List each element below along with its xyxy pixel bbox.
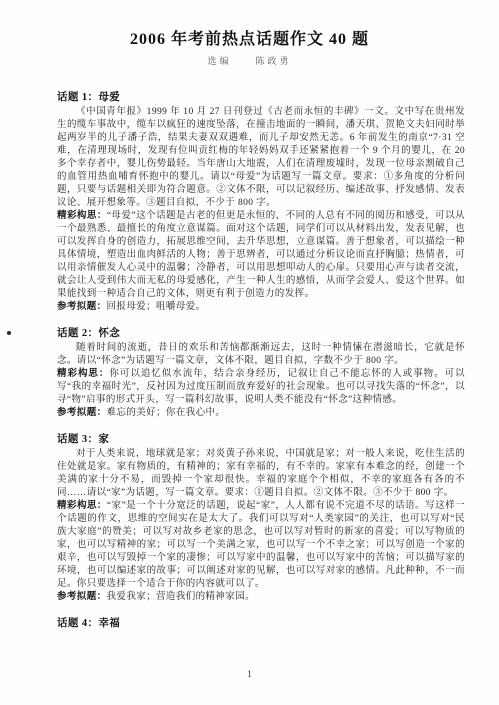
margin-dot-artifact <box>7 331 11 335</box>
topic-ref: 参考拟题：我爱我家；营造我们的精神家园。 <box>57 591 465 604</box>
document-body: 话题 1：母爱 《中国青年报》1999 年 10 月 27 日刊登过《古老而永恒… <box>57 91 465 630</box>
topic-section-4: 话题 4：幸福 <box>57 617 465 630</box>
topic-section-3: 话题 3：家 对于人类来说，地球就是家；对炎黄子孙来说，中国就是家；对一般人来说… <box>57 433 465 604</box>
topic-section-1: 话题 1：母爱 《中国青年报》1999 年 10 月 27 日刊登过《古老而永恒… <box>57 91 465 314</box>
page-title: 2006 年考前热点话题作文 40 题 <box>20 26 479 49</box>
topic-section-2: 话题 2：怀念 随着时间的流逝，昔日的欢乐和苦恼都渐渐远去，这时一种情愫在潜滋暗… <box>57 327 465 420</box>
ref-text: 我爱我家；营造我们的精神家园。 <box>107 592 256 602</box>
ref-label: 参考拟题： <box>57 408 107 418</box>
topic-intro: 随着时间的流逝，昔日的欢乐和苦恼都渐渐远去，这时一种情愫在潜滋暗长，它就是怀念。… <box>57 342 465 368</box>
ref-label: 参考拟题： <box>57 592 107 602</box>
sketch-text: 你可以追忆似水流年，结合亲身经历，记叙让自己不能忘怀的人或事物。可以写“我的幸福… <box>57 369 465 405</box>
ref-text: 难忘的美好；你在我心中。 <box>107 408 226 418</box>
sketch-text: “母爱”这个话题是古老的但更是永恒的，不同的人总有不同的阅历和感受，可以从一个最… <box>57 211 465 299</box>
topic-ref: 参考拟题：回报母爱；咀嚼母爱。 <box>57 301 465 314</box>
topic-heading: 话题 1：母爱 <box>57 91 465 104</box>
byline: 选编 陈政勇 <box>0 54 499 67</box>
ref-text: 回报母爱；咀嚼母爱。 <box>107 302 206 312</box>
topic-sketch: 精彩构思：“母爱”这个话题是古老的但更是永恒的，不同的人总有不同的阅历和感受，可… <box>57 210 465 301</box>
topic-heading: 话题 2：怀念 <box>57 327 465 340</box>
sketch-label: 精彩构思： <box>57 369 109 379</box>
topic-intro: 《中国青年报》1999 年 10 月 27 日刊登过《古老而永恒的丰碑》一文。文… <box>57 106 465 210</box>
sketch-label: 精彩构思： <box>57 501 107 511</box>
page-number: 1 <box>0 669 499 679</box>
document-page: 2006 年考前热点话题作文 40 题 选编 陈政勇 话题 1：母爱 《中国青年… <box>0 0 499 705</box>
topic-sketch: 精彩构思：你可以追忆似水流年，结合亲身经历，记叙让自己不能忘怀的人或事物。可以写… <box>57 368 465 407</box>
topic-ref: 参考拟题：难忘的美好；你在我心中。 <box>57 407 465 420</box>
ref-label: 参考拟题： <box>57 302 107 312</box>
sketch-text: “家”是一个十分宽泛的话题，说起“家”，人人都有说不完道不尽的话语。写这样一个话… <box>57 501 465 589</box>
sketch-label: 精彩构思： <box>57 211 107 221</box>
topic-sketch: 精彩构思：“家”是一个十分宽泛的话题，说起“家”，人人都有说不完道不尽的话语。写… <box>57 500 465 591</box>
topic-heading: 话题 4：幸福 <box>57 617 465 630</box>
topic-heading: 话题 3：家 <box>57 433 465 446</box>
topic-intro: 对于人类来说，地球就是家；对炎黄子孙来说，中国就是家；对一般人来说，吃住生活的住… <box>57 448 465 500</box>
